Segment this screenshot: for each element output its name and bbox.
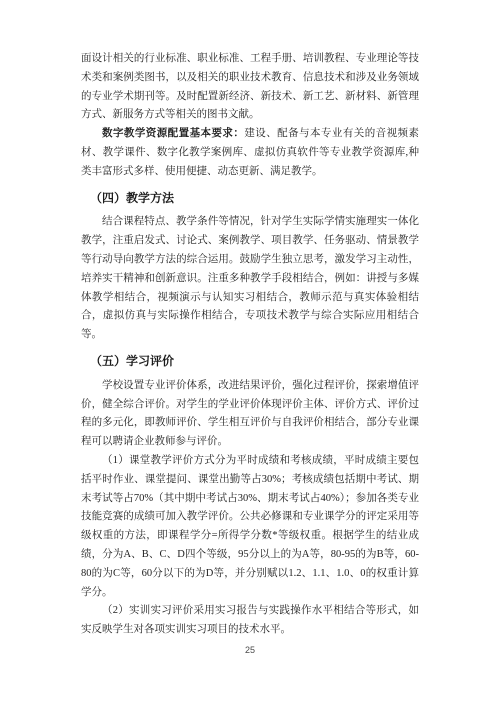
document-page: 面设计相关的行业标准、职业标准、工程手册、培训教程、专业理论等技术类和案例类图书… xyxy=(0,0,500,707)
document-body: 面设计相关的行业标准、职业标准、工程手册、培训教程、专业理论等技术类和案例类图书… xyxy=(81,50,419,640)
paragraph-evaluation-system: 学校设置专业评价体系，改进结果评价，强化过程评价，探索增值评价，健全综合评价。对… xyxy=(81,377,419,452)
page-number: 25 xyxy=(0,645,500,655)
section-heading-teaching-methods: （四）教学方法 xyxy=(81,189,419,208)
paragraph-digital-resources: 数字教学资源配置基本要求：建设、配备与本专业有关的音视频素材、教学课件、数字化教… xyxy=(81,125,419,181)
paragraph-practical-training-evaluation: （2）实训实习评价采用实习报告与实践操作水平相结合等形式，如实反映学生对各项实训… xyxy=(81,602,419,640)
paragraph-teaching-methods: 结合课程特点、教学条件等情况，针对学生实际学情实施理实一体化教学，注重启发式、讨… xyxy=(81,213,419,345)
paragraph-library-resources-continuation: 面设计相关的行业标准、职业标准、工程手册、培训教程、专业理论等技术类和案例类图书… xyxy=(81,50,419,125)
bold-lead-text: 数字教学资源配置基本要求： xyxy=(102,128,244,139)
section-heading-learning-evaluation: （五）学习评价 xyxy=(81,352,419,371)
paragraph-classroom-evaluation: （1）课堂教学评价方式分为平时成绩和考核成绩，平时成绩主要包括平时作业、课堂提问… xyxy=(81,452,419,602)
